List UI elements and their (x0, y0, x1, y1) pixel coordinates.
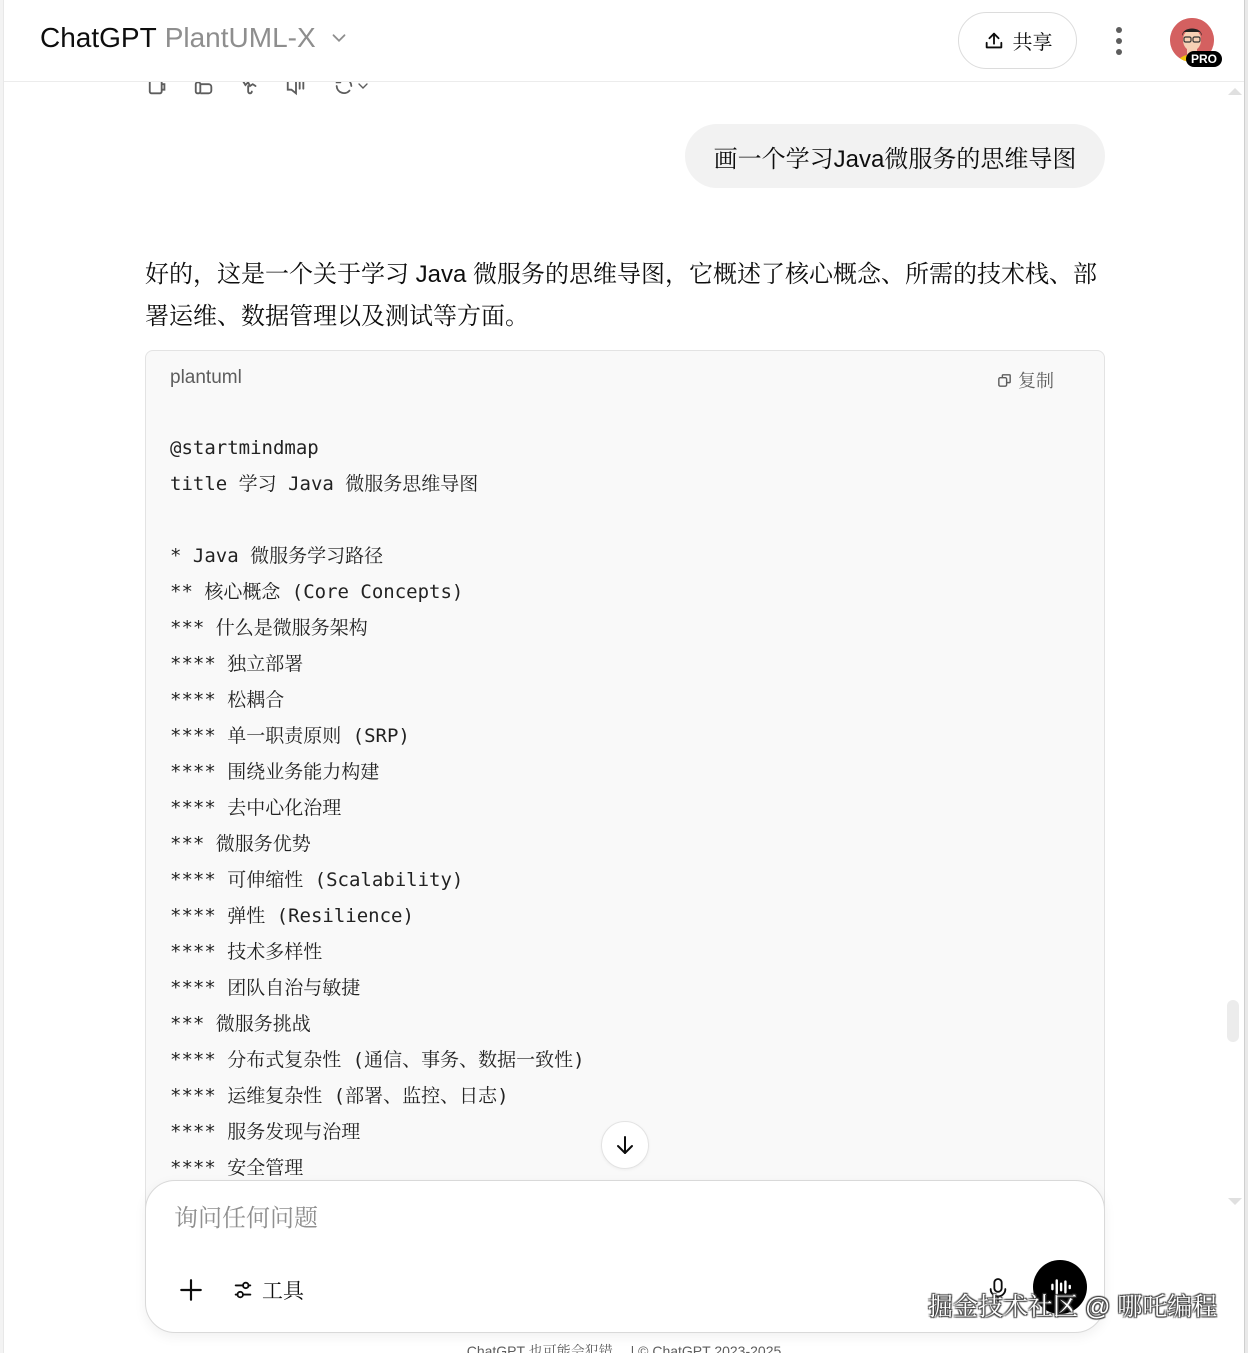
add-attachment-button[interactable] (174, 1273, 208, 1307)
code-line: title 学习 Java 微服务思维导图 (170, 466, 585, 502)
code-line: **** 可伸缩性 (Scalability) (170, 862, 585, 898)
prompt-input[interactable] (174, 1205, 974, 1233)
more-options-button[interactable] (1104, 22, 1134, 60)
copy-code-button[interactable]: 复制 (996, 367, 1054, 393)
disclaimer-footer: ChatGPT 也可能会犯错。 | © ChatGPT 2023-2025 (0, 1341, 1248, 1353)
watermark-text: 掘金技术社区 @ 哪吒编程 (928, 1287, 1217, 1323)
code-content: @startmindmap title 学习 Java 微服务思维导图 * Ja… (170, 430, 585, 1186)
share-upload-icon (983, 30, 1005, 52)
code-line: @startmindmap (170, 430, 585, 466)
code-line (170, 502, 585, 538)
plus-icon (178, 1277, 204, 1303)
code-line: *** 什么是微服务架构 (170, 610, 585, 646)
code-line: **** 服务发现与治理 (170, 1114, 585, 1150)
code-line: **** 单一职责原则 (SRP) (170, 718, 585, 754)
code-block: plantuml 复制 @startmindmap title 学习 Java … (145, 350, 1105, 1250)
code-line: **** 运维复杂性 (部署、监控、日志) (170, 1078, 585, 1114)
scrollbar-thumb[interactable] (1227, 1000, 1239, 1042)
window-right-edge (1244, 0, 1248, 1353)
code-line: **** 团队自治与敏捷 (170, 970, 585, 1006)
code-line: *** 微服务挑战 (170, 1006, 585, 1042)
code-line: **** 分布式复杂性 (通信、事务、数据一致性) (170, 1042, 585, 1078)
window-left-edge (0, 0, 4, 1353)
assistant-intro-text: 好的，这是一个关于学习 Java 微服务的思维导图，它概述了核心概念、所需的技术… (145, 254, 1105, 338)
model-name: PlantUML-X (165, 22, 316, 54)
top-header: ChatGPT PlantUML-X 共享 PRO (4, 0, 1244, 82)
arrow-down-icon (613, 1133, 637, 1157)
code-line: **** 技术多样性 (170, 934, 585, 970)
scroll-down-arrow-icon[interactable] (1228, 1198, 1242, 1205)
code-line: **** 独立部署 (170, 646, 585, 682)
share-label: 共享 (1013, 26, 1053, 55)
dot-icon (1116, 27, 1122, 33)
scroll-to-bottom-button[interactable] (601, 1121, 649, 1169)
tools-label: 工具 (262, 1275, 304, 1305)
user-message-text: 画一个学习Java微服务的思维导图 (714, 139, 1077, 174)
dot-icon (1116, 49, 1122, 55)
chat-scrollbar[interactable] (1222, 82, 1244, 1212)
sliders-icon (232, 1279, 254, 1301)
code-line: * Java 微服务学习路径 (170, 538, 585, 574)
code-line: **** 弹性 (Resilience) (170, 898, 585, 934)
chevron-down-icon (328, 27, 350, 49)
copy-icon (996, 372, 1013, 389)
app-title: ChatGPT (40, 22, 157, 54)
scroll-up-arrow-icon[interactable] (1228, 88, 1242, 95)
share-button[interactable]: 共享 (958, 12, 1077, 69)
model-selector[interactable]: ChatGPT PlantUML-X (40, 22, 350, 54)
code-line: ** 核心概念 (Core Concepts) (170, 574, 585, 610)
code-line: *** 微服务优势 (170, 826, 585, 862)
code-language-label: plantuml (170, 367, 242, 389)
tools-button[interactable]: 工具 (232, 1273, 304, 1307)
dot-icon (1116, 38, 1122, 44)
copy-label: 复制 (1018, 367, 1054, 393)
code-line: **** 松耦合 (170, 682, 585, 718)
code-line: **** 围绕业务能力构建 (170, 754, 585, 790)
code-line: **** 去中心化治理 (170, 790, 585, 826)
user-message-bubble: 画一个学习Java微服务的思维导图 (685, 124, 1105, 188)
pro-badge: PRO (1186, 51, 1222, 67)
